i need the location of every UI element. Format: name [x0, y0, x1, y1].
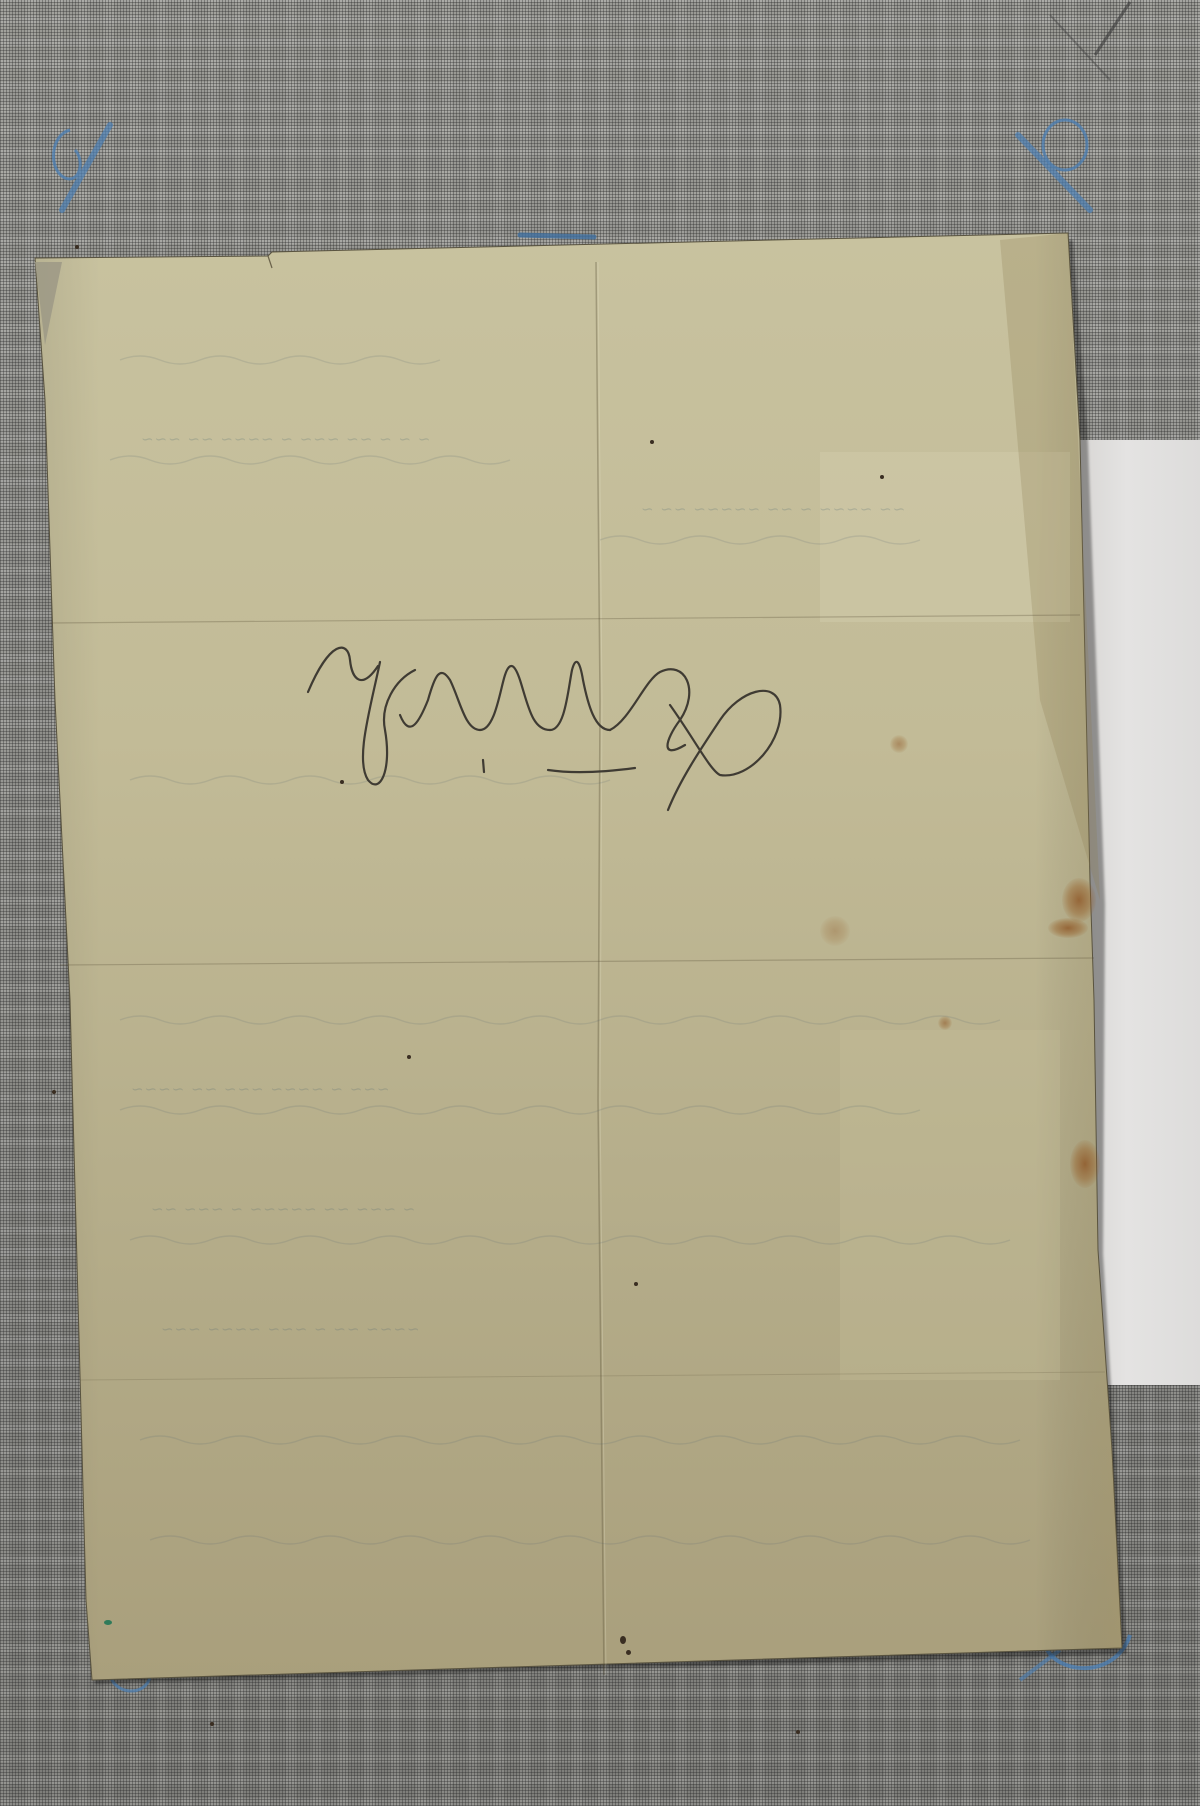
- mat-speck: [52, 1090, 56, 1094]
- mat-speck: [210, 1722, 214, 1726]
- photo-scene: Ящик: [0, 0, 1200, 1806]
- ink-speck: [626, 1650, 631, 1655]
- ink-speck: [340, 780, 344, 784]
- mat-speck: [796, 1730, 800, 1734]
- ink-speck: [880, 475, 884, 479]
- brown-stain: [1062, 878, 1096, 922]
- ink-speck: [634, 1282, 638, 1286]
- mat-speck: [75, 245, 79, 249]
- brown-stain: [890, 735, 908, 753]
- brown-stain: [1070, 1140, 1100, 1188]
- pencil-inscription: [300, 620, 820, 820]
- brown-stain: [820, 916, 850, 946]
- green-ink-spot: [104, 1620, 112, 1625]
- ink-speck: [620, 1636, 626, 1644]
- brown-stain: [1048, 918, 1088, 938]
- ink-speck: [650, 440, 654, 444]
- faint-handwriting-texture: [0, 0, 1200, 1806]
- brown-stain: [938, 1016, 952, 1030]
- ink-speck: [407, 1055, 411, 1059]
